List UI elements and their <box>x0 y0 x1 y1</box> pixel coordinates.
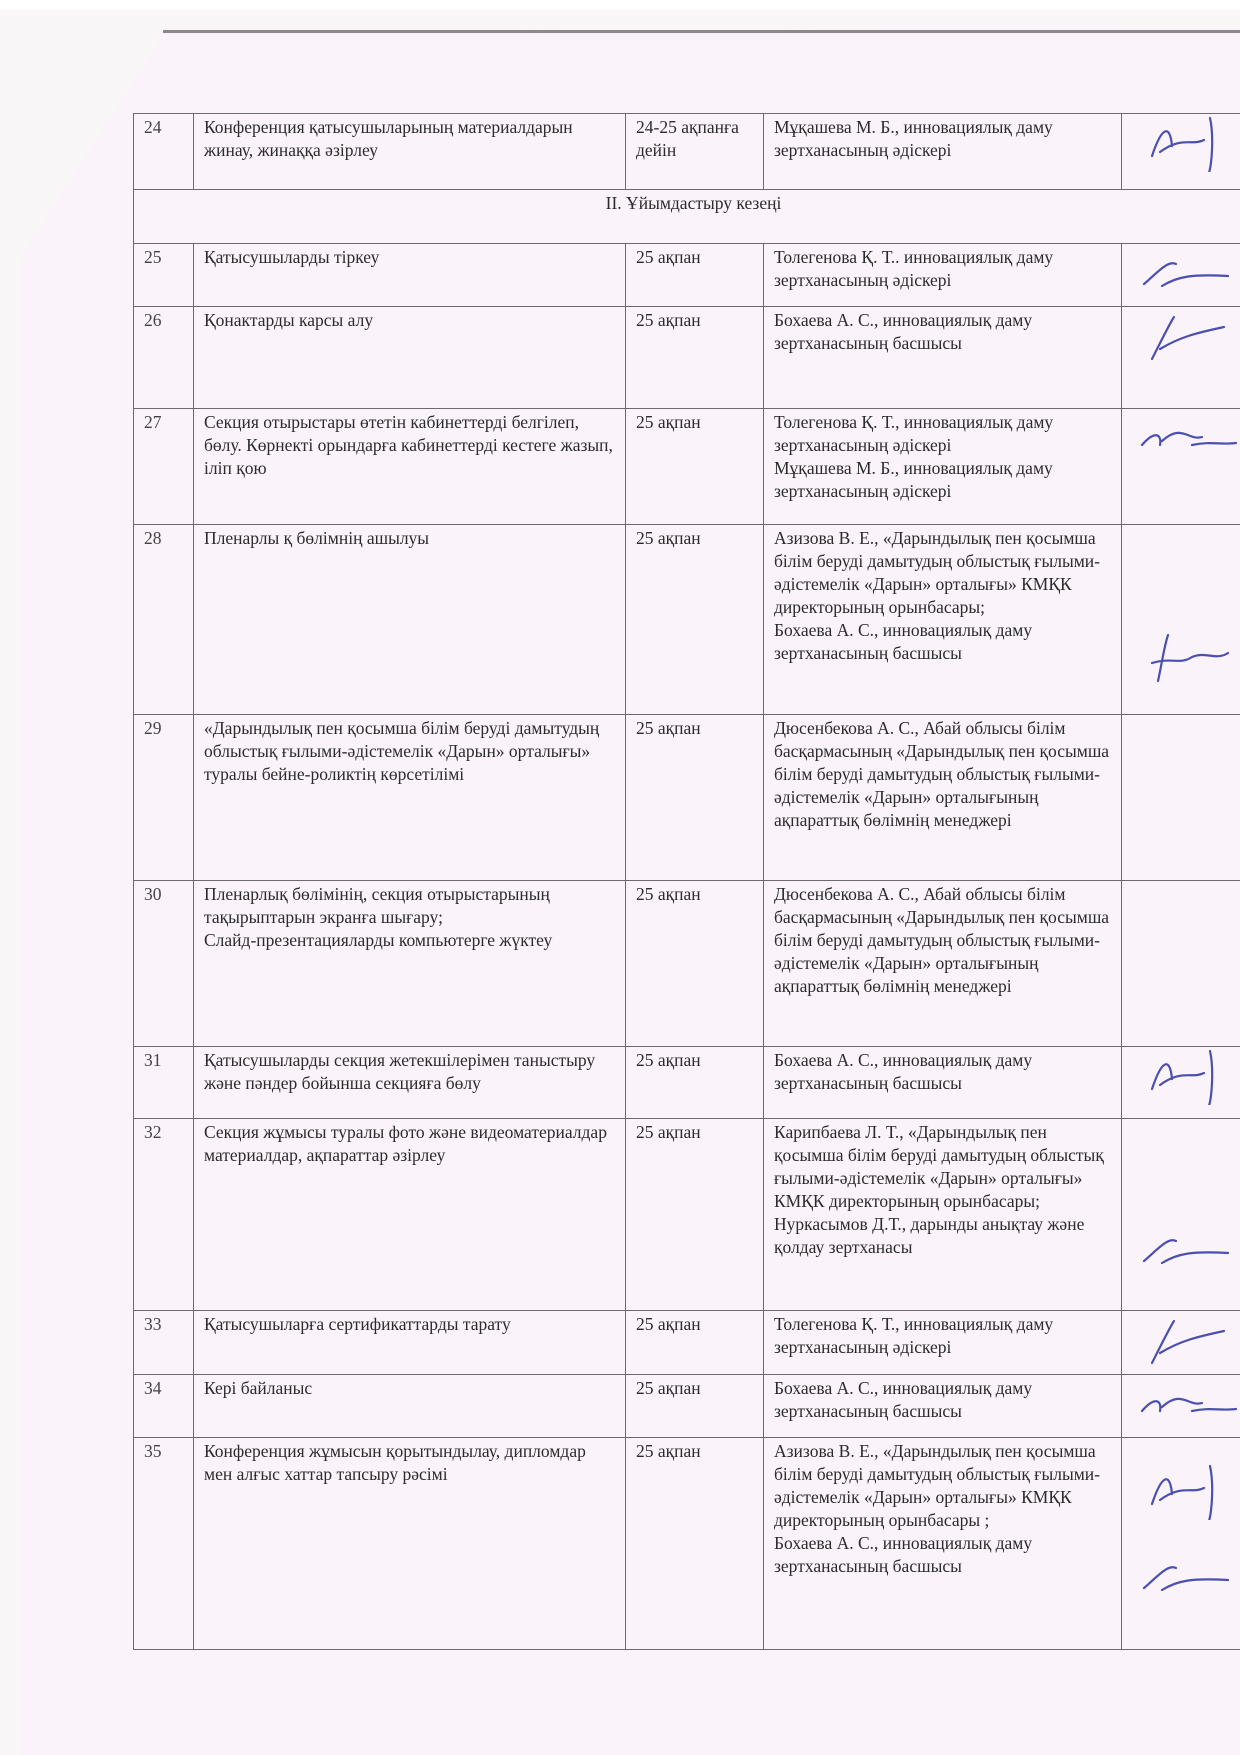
task-cell: Қатысушыларды секция жетекшілерімен таны… <box>194 1047 626 1119</box>
responsible-person: Бохаева А. С., инновациялық даму зертхан… <box>774 309 1111 355</box>
date-cell: 25 ақпан <box>626 1438 764 1650</box>
table-row: 27Секция отырыстары өтетін кабинеттерді … <box>134 409 1240 525</box>
signature-icon <box>1132 116 1240 172</box>
table-row: 28Пленарлы қ бөлімнің ашылуы25 ақпанАзиз… <box>134 525 1240 715</box>
task-cell: Пленарлық бөлімінің, секция отырыстарыны… <box>194 881 626 1047</box>
responsible-person: Азизова В. Е., «Дарындылық пен қосымша б… <box>774 1440 1111 1532</box>
task-cell: Пленарлы қ бөлімнің ашылуы <box>194 525 626 715</box>
signature-icon <box>1132 411 1240 467</box>
row-number: 24 <box>134 114 194 190</box>
signature-cell <box>1122 244 1240 307</box>
row-number: 31 <box>134 1047 194 1119</box>
date-cell: 25 ақпан <box>626 307 764 409</box>
signature-cell <box>1122 1375 1240 1438</box>
responsible-person: Дюсенбекова А. С., Абай облысы білім бас… <box>774 717 1111 832</box>
table-row: 30Пленарлық бөлімінің, секция отырыстары… <box>134 881 1240 1047</box>
signature-icon <box>1132 1313 1240 1369</box>
task-cell: «Дарындылық пен қосымша білім беруді дам… <box>194 715 626 881</box>
date-cell: 24-25 ақпанға дейін <box>626 114 764 190</box>
section-heading: II. Ұйымдастыру кезеңі <box>134 190 1240 244</box>
date-cell: 25 ақпан <box>626 1311 764 1375</box>
signature-cell <box>1122 1311 1240 1375</box>
responsible-person: Мұқашева М. Б., инновациялық даму зертха… <box>774 116 1111 162</box>
row-number: 30 <box>134 881 194 1047</box>
task-cell: Қатысушыларды тіркеу <box>194 244 626 307</box>
table-row: 24Конференция қатысушыларының материалда… <box>134 114 1240 190</box>
signature-icon <box>1132 246 1240 302</box>
signature-icon <box>1132 1377 1240 1433</box>
responsible-cell: Толегенова Қ. Т., инновациялық даму зерт… <box>764 409 1122 525</box>
row-number: 35 <box>134 1438 194 1650</box>
signature-icon <box>1132 1223 1240 1279</box>
responsible-cell: Бохаева А. С., инновациялық даму зертхан… <box>764 307 1122 409</box>
signature-cell <box>1122 881 1240 1047</box>
row-number: 32 <box>134 1119 194 1311</box>
event-plan-body: 24Конференция қатысушыларының материалда… <box>134 114 1240 1650</box>
responsible-person: Мұқашева М. Б., инновациялық даму зертха… <box>774 457 1111 503</box>
date-cell: 25 ақпан <box>626 1047 764 1119</box>
signature-icon <box>1132 309 1240 365</box>
task-cell: Конференция қатысушыларының материалдары… <box>194 114 626 190</box>
responsible-cell: Карипбаева Л. Т., «Дарындылық пен қосымш… <box>764 1119 1122 1311</box>
responsible-person: Бохаева А. С., инновациялық даму зертхан… <box>774 1532 1111 1578</box>
page-top-edge <box>163 30 1240 33</box>
signature-cell <box>1122 307 1240 409</box>
responsible-person: Толегенова Қ. Т., инновациялық даму зерт… <box>774 411 1111 457</box>
signature-cell <box>1122 1438 1240 1650</box>
signature-cell <box>1122 525 1240 715</box>
table-row: 32Секция жұмысы туралы фото және видеома… <box>134 1119 1240 1311</box>
date-cell: 25 ақпан <box>626 244 764 307</box>
responsible-person: Толегенова Қ. Т., инновациялық даму зерт… <box>774 1313 1111 1359</box>
row-number: 33 <box>134 1311 194 1375</box>
date-cell: 25 ақпан <box>626 409 764 525</box>
signature-cell <box>1122 1119 1240 1311</box>
task-cell: Қонактарды карсы алу <box>194 307 626 409</box>
signature-cell <box>1122 114 1240 190</box>
date-cell: 25 ақпан <box>626 1375 764 1438</box>
row-number: 29 <box>134 715 194 881</box>
table-row: 25Қатысушыларды тіркеу25 ақпанТолегенова… <box>134 244 1240 307</box>
task-cell: Секция жұмысы туралы фото және видеомате… <box>194 1119 626 1311</box>
signature-cell <box>1122 715 1240 881</box>
date-cell: 25 ақпан <box>626 881 764 1047</box>
table-row: 31Қатысушыларды секция жетекшілерімен та… <box>134 1047 1240 1119</box>
table-row: 26Қонактарды карсы алу25 ақпанБохаева А.… <box>134 307 1240 409</box>
signature-icon <box>1132 1049 1240 1105</box>
responsible-cell: Толегенова Қ. Т.. инновациялық даму зерт… <box>764 244 1122 307</box>
responsible-cell: Толегенова Қ. Т., инновациялық даму зерт… <box>764 1311 1122 1375</box>
row-number: 25 <box>134 244 194 307</box>
table-row: 34Кері байланыс25 ақпанБохаева А. С., ин… <box>134 1375 1240 1438</box>
responsible-cell: Дюсенбекова А. С., Абай облысы білім бас… <box>764 715 1122 881</box>
responsible-person: Толегенова Қ. Т.. инновациялық даму зерт… <box>774 246 1111 292</box>
signature-cell <box>1122 1047 1240 1119</box>
responsible-cell: Бохаева А. С., инновациялық даму зертхан… <box>764 1375 1122 1438</box>
task-cell: Секция отырыстары өтетін кабинеттерді бе… <box>194 409 626 525</box>
row-number: 27 <box>134 409 194 525</box>
table-row: 35Конференция жұмысын қорытындылау, дипл… <box>134 1438 1240 1650</box>
signature-icon <box>1132 1464 1240 1520</box>
responsible-person: Карипбаева Л. Т., «Дарындылық пен қосымш… <box>774 1121 1111 1213</box>
responsible-person: Дюсенбекова А. С., Абай облысы білім бас… <box>774 883 1111 998</box>
responsible-person: Нуркасымов Д.Т., дарынды анықтау және қо… <box>774 1213 1111 1259</box>
date-cell: 25 ақпан <box>626 1119 764 1311</box>
signature-cell <box>1122 409 1240 525</box>
responsible-cell: Азизова В. Е., «Дарындылық пен қосымша б… <box>764 525 1122 715</box>
responsible-cell: Азизова В. Е., «Дарындылық пен қосымша б… <box>764 1438 1122 1650</box>
row-number: 26 <box>134 307 194 409</box>
section-row: II. Ұйымдастыру кезеңі <box>134 190 1240 244</box>
row-number: 28 <box>134 525 194 715</box>
date-cell: 25 ақпан <box>626 525 764 715</box>
responsible-cell: Дюсенбекова А. С., Абай облысы білім бас… <box>764 881 1122 1047</box>
table-row: 33Қатысушыларға сертификаттарды тарату25… <box>134 1311 1240 1375</box>
task-cell: Қатысушыларға сертификаттарды тарату <box>194 1311 626 1375</box>
task-cell: Конференция жұмысын қорытындылау, диплом… <box>194 1438 626 1650</box>
task-cell: Кері байланыс <box>194 1375 626 1438</box>
signature-icon <box>1132 1550 1240 1606</box>
event-plan-table: 24Конференция қатысушыларының материалда… <box>133 113 1240 1650</box>
responsible-person: Азизова В. Е., «Дарындылық пен қосымша б… <box>774 527 1111 619</box>
responsible-cell: Бохаева А. С., инновациялық даму зертхан… <box>764 1047 1122 1119</box>
responsible-cell: Мұқашева М. Б., инновациялық даму зертха… <box>764 114 1122 190</box>
responsible-person: Бохаева А. С., инновациялық даму зертхан… <box>774 1377 1111 1423</box>
table-row: 29«Дарындылық пен қосымша білім беруді д… <box>134 715 1240 881</box>
responsible-person: Бохаева А. С., инновациялық даму зертхан… <box>774 1049 1111 1095</box>
signature-icon <box>1132 627 1240 683</box>
row-number: 34 <box>134 1375 194 1438</box>
date-cell: 25 ақпан <box>626 715 764 881</box>
responsible-person: Бохаева А. С., инновациялық даму зертхан… <box>774 619 1111 665</box>
